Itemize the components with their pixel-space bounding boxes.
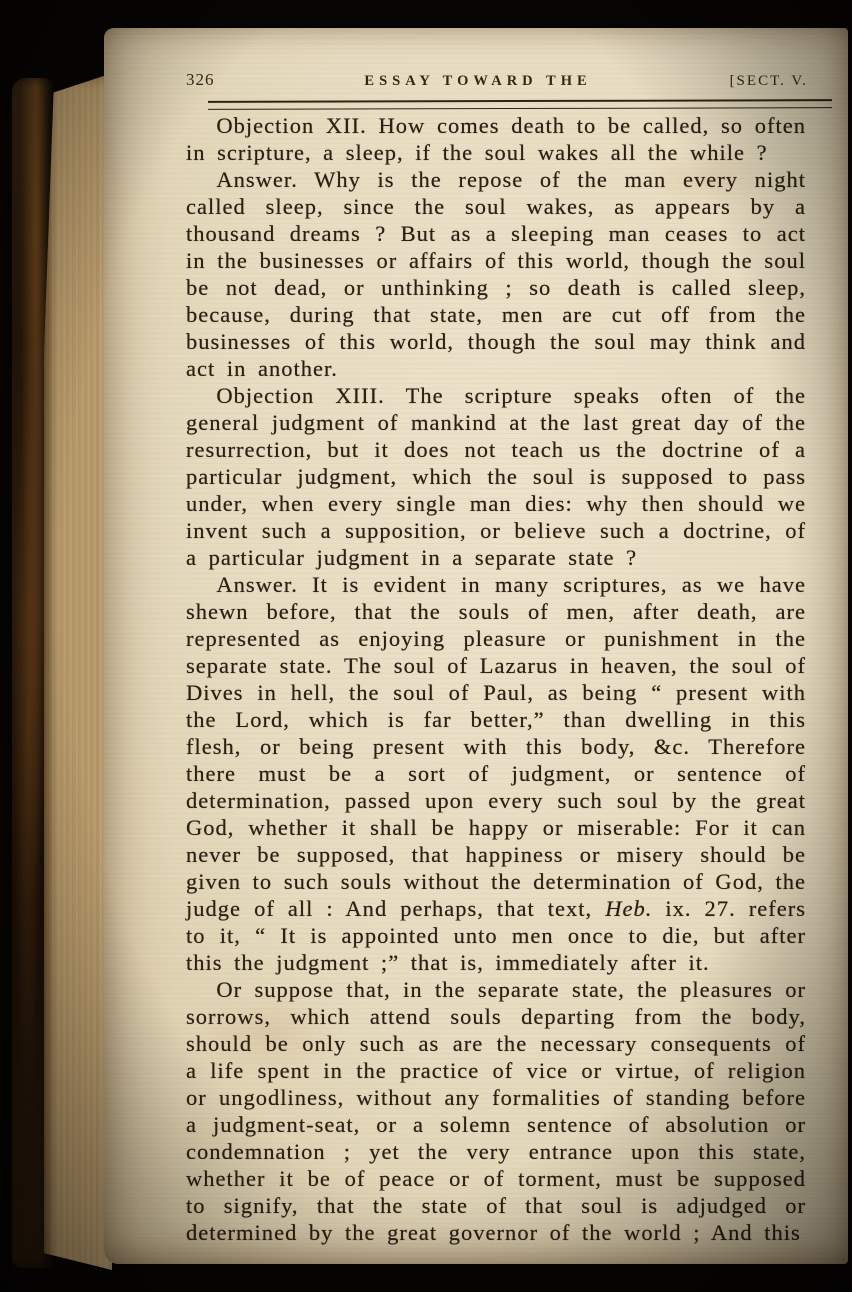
- body-text: Objection XII. How comes death to be cal…: [186, 112, 806, 1246]
- page-number: 326: [186, 70, 215, 90]
- page-header: 326 ESSAY TOWARD THE [SECT. V.: [186, 70, 808, 90]
- paragraph-objection-13: Objection XIII. The scripture speaks oft…: [186, 382, 806, 571]
- paragraph-objection-12: Objection XII. How comes death to be cal…: [186, 112, 806, 166]
- paragraph-answer-13: Answer. It is evident in many scriptures…: [186, 571, 806, 976]
- answer-13-text: Answer. It is evident in many scriptures…: [186, 572, 806, 921]
- book-page: 326 ESSAY TOWARD THE [SECT. V. Objection…: [104, 28, 848, 1264]
- photo-background: { "page": { "header": { "page_number": "…: [0, 0, 852, 1292]
- scripture-citation: Heb.: [605, 896, 652, 921]
- running-title: ESSAY TOWARD THE: [364, 73, 591, 90]
- page-edge-stack: [44, 66, 112, 1270]
- paragraph-answer-12: Answer. Why is the repose of the man eve…: [186, 166, 806, 382]
- paragraph-or-suppose: Or suppose that, in the separate state, …: [186, 976, 806, 1246]
- header-rule: [208, 99, 832, 110]
- section-label: [SECT. V.: [730, 73, 808, 90]
